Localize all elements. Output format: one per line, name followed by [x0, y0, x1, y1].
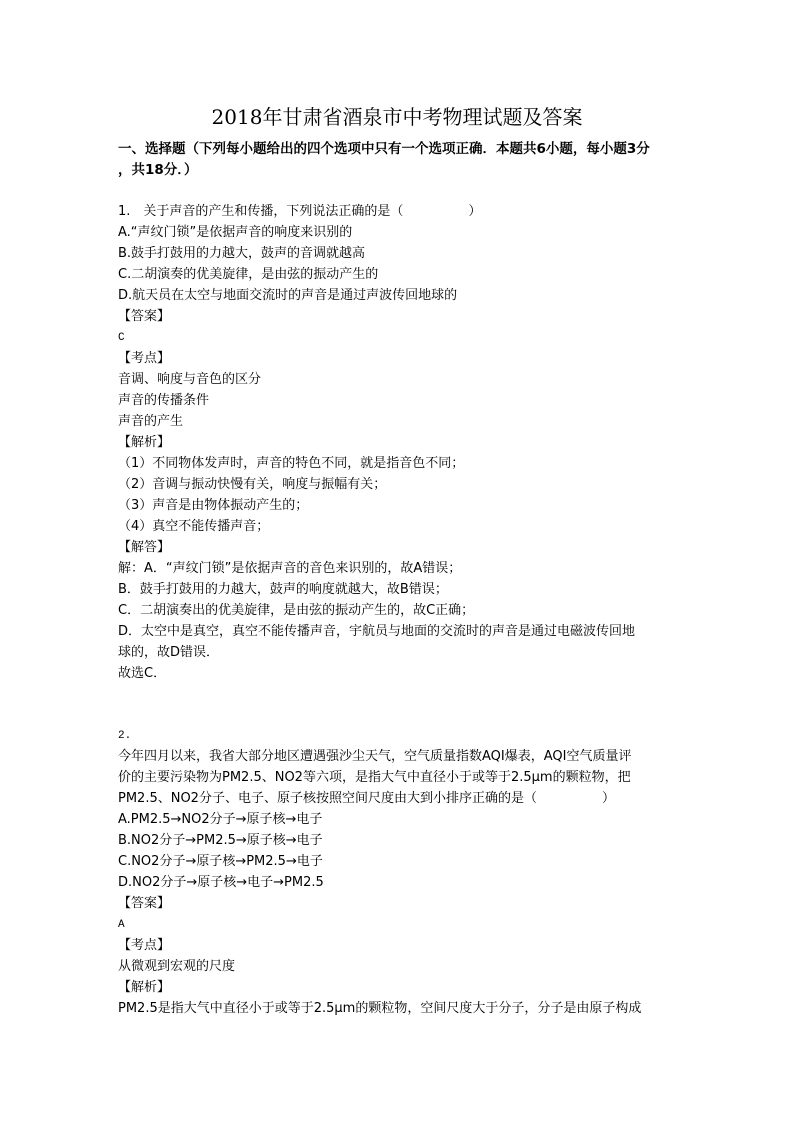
q1-jieda-item: D．太空中是真空，真空不能传播声音，宇航员与地面的交流时的声音是通过电磁波传回地: [118, 623, 635, 641]
q1-jieda-item: 故选C．: [118, 665, 166, 683]
q2-jiexi-label: 【解析】: [118, 979, 170, 997]
q1-jieda-label: 【解答】: [118, 539, 170, 557]
q2-stem-line: 今年四月以来，我省大部分地区遭遇强沙尘天气，空气质量指数AQI爆表，AQI空气质…: [118, 748, 631, 766]
q2-answer-label: 【答案】: [118, 895, 170, 913]
q2-option-a: A.PM2.5→NO2分子→原子核→电子: [118, 811, 322, 829]
q1-jieda-item: B．鼓手打鼓用的力越大，鼓声的响度就越大，故B错误；: [118, 581, 448, 599]
section-heading-cont: ，共18分．）: [118, 161, 198, 179]
q1-option-d: D.航天员在太空与地面交流时的声音是通过声波传回地球的: [118, 287, 457, 305]
q1-jiexi-item: （1）不同物体发声时，声音的特色不同，就是指音色不同；: [118, 455, 464, 473]
q2-stem-line: 价的主要污染物为PM2.5、NO2等六项，是指大气中直径小于或等于2.5μm的颗…: [118, 769, 631, 787]
q1-kaodian-label: 【考点】: [118, 350, 170, 368]
q2-kaodian-label: 【考点】: [118, 937, 170, 955]
q2-answer: A: [118, 916, 125, 934]
q1-stem: 1. 关于声音的产生和传播，下列说法正确的是（ ）: [118, 203, 481, 221]
q2-option-d: D.NO2分子→原子核→电子→PM2.5: [118, 874, 324, 892]
q1-jieda-item: 球的，故D错误．: [118, 644, 219, 662]
q2-option-c: C.NO2分子→原子核→PM2.5→电子: [118, 853, 323, 871]
q1-jiexi-item: （2）音调与振动快慢有关，响度与振幅有关；: [118, 476, 386, 494]
q1-option-b: B.鼓手打鼓用的力越大，鼓声的音调就越高: [118, 245, 365, 263]
q1-kaodian-item: 音调、响度与音色的区分: [118, 371, 261, 389]
q1-answer: C: [118, 329, 125, 347]
q1-jieda-item: 解：A．“声纹门锁”是依据声音的音色来识别的，故A错误；: [118, 560, 461, 578]
page-title: 2018年甘肃省酒泉市中考物理试题及答案: [0, 104, 794, 130]
q1-answer-label: 【答案】: [118, 308, 170, 326]
q1-kaodian-item: 声音的传播条件: [118, 392, 209, 410]
q2-stem-line: PM2.5、NO2分子、电子、原子核按照空间尺度由大到小排序正确的是（ ）: [118, 790, 615, 808]
q2-kaodian-item: 从微观到宏观的尺度: [118, 958, 235, 976]
q2-option-b: B.NO2分子→PM2.5→原子核→电子: [118, 832, 323, 850]
section-heading: 一、选择题（下列每小题给出的四个选项中只有一个选项正确．本题共6小题，每小题3分: [118, 140, 650, 158]
q2-number: 2.: [118, 727, 131, 745]
q1-jiexi-item: （4）真空不能传播声音；: [118, 518, 269, 536]
q1-option-a: A.“声纹门锁”是依据声音的响度来识别的: [118, 224, 352, 242]
q1-option-c: C.二胡演奏的优美旋律，是由弦的振动产生的: [118, 266, 378, 284]
q1-jiexi-item: （3）声音是由物体振动产生的；: [118, 497, 308, 515]
q2-jiexi-item: PM2.5是指大气中直径小于或等于2.5μm的颗粒物，空间尺度大于分子，分子是由…: [118, 1000, 641, 1018]
q1-jiexi-label: 【解析】: [118, 434, 170, 452]
q1-jieda-item: C．二胡演奏出的优美旋律，是由弦的振动产生的，故C正确；: [118, 602, 474, 620]
q1-kaodian-item: 声音的产生: [118, 413, 183, 431]
